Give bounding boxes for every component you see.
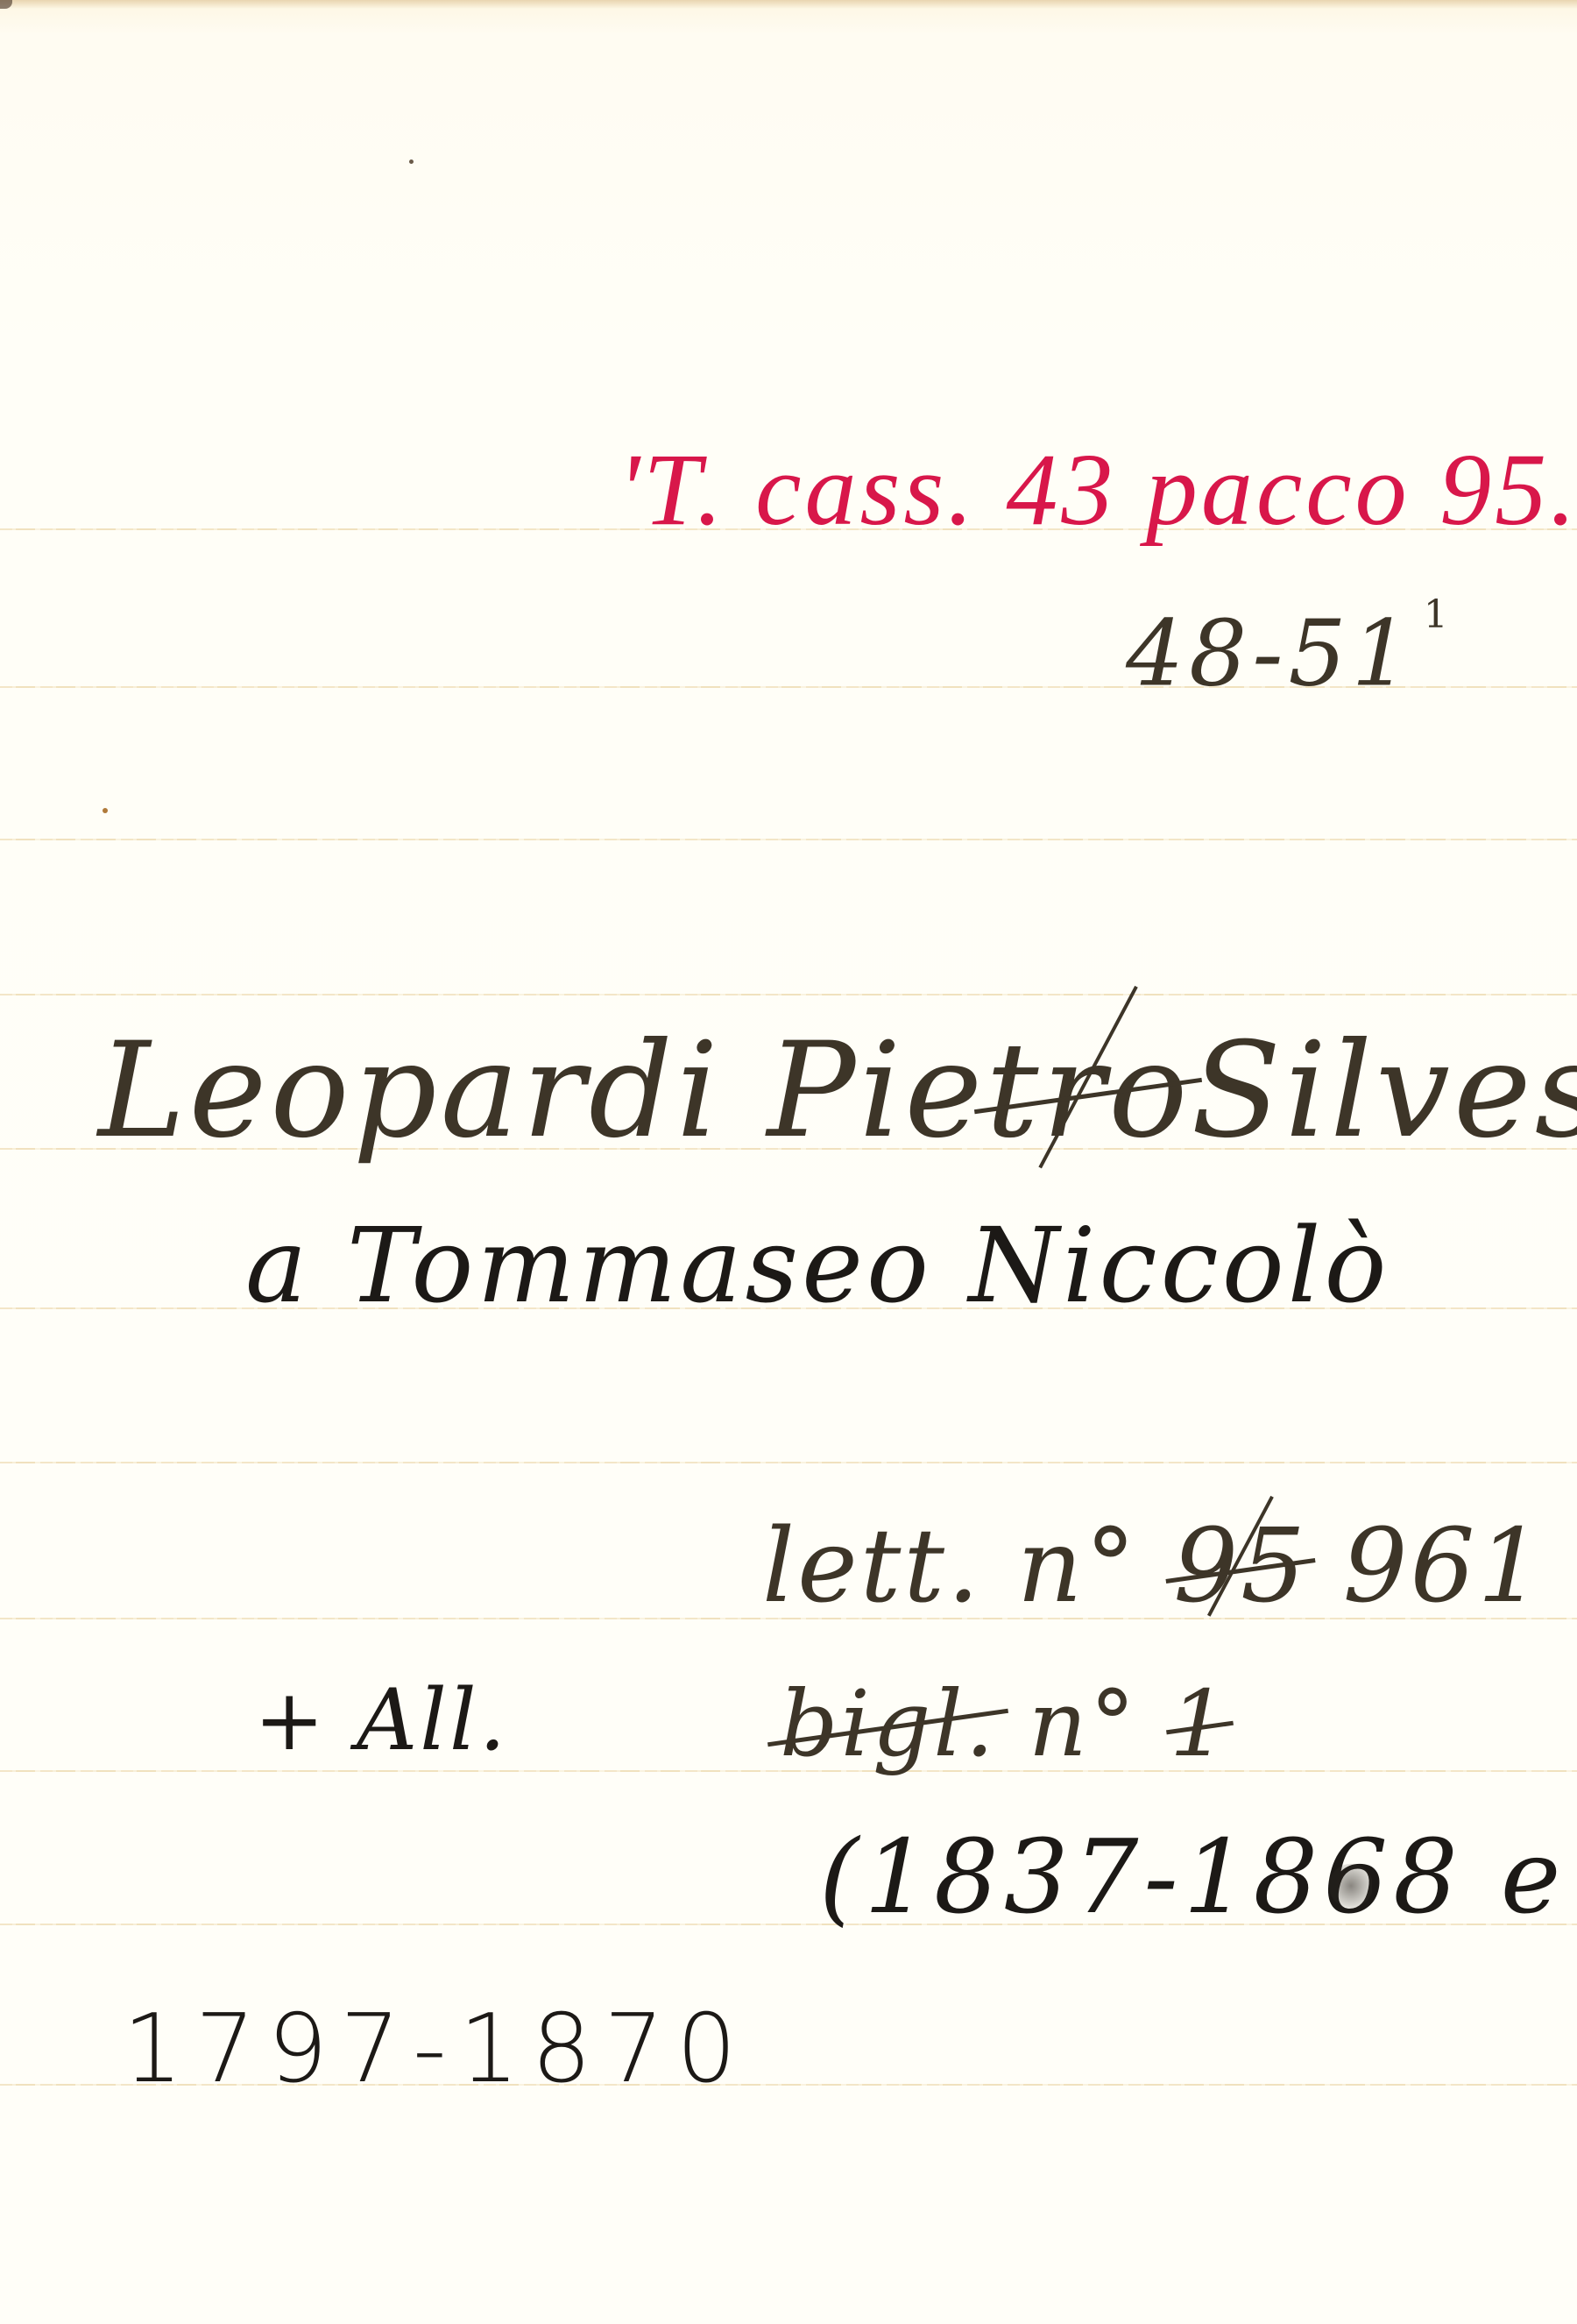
author-line: Leopardi PietroSilvestro. bbox=[98, 1025, 1577, 1157]
recipient-name: Tommaseo Niccolò bbox=[347, 1205, 1390, 1326]
sheet-range-value: 48-51 bbox=[1126, 600, 1415, 707]
date-range-overwritten-digit: 6 bbox=[1323, 1827, 1393, 1929]
notes-label-struck: bigl. bbox=[780, 1678, 997, 1769]
card-top-edge bbox=[0, 0, 1577, 9]
recipient-line: a Tommaseo Niccolò bbox=[245, 1214, 1390, 1317]
date-range-close: 8 e s.d.) bbox=[1393, 1818, 1577, 1937]
ruled-line bbox=[0, 839, 1577, 840]
notes-value-struck: 1 bbox=[1170, 1678, 1230, 1769]
letters-label: lett. n° bbox=[762, 1507, 1138, 1626]
author-given-second: Silvestro. bbox=[1192, 1015, 1577, 1167]
date-range-open: (1837-18 bbox=[819, 1818, 1323, 1937]
paper-speck bbox=[103, 808, 108, 813]
enclosures-note: + All. bbox=[254, 1678, 508, 1762]
author-given-kept: Pie bbox=[767, 1015, 987, 1167]
letters-value: 961 bbox=[1343, 1507, 1545, 1626]
paper-speck bbox=[409, 159, 414, 164]
call-number: 'T. cass. 43 pacco 95. bbox=[618, 438, 1577, 542]
author-surname: Leopardi bbox=[98, 1015, 722, 1167]
letters-struck-value: 95 bbox=[1173, 1516, 1308, 1618]
recipient-prefix: a bbox=[245, 1205, 310, 1326]
author-given-struck: tro bbox=[986, 1025, 1191, 1157]
call-number-text: T. cass. 43 pacco 95. bbox=[643, 432, 1577, 547]
notes-label-suffix: n° bbox=[997, 1670, 1138, 1777]
sheet-range: 48-511 bbox=[1126, 596, 1453, 699]
archival-catalog-card: 'T. cass. 43 pacco 95. 48-511 Leopardi P… bbox=[0, 0, 1577, 2324]
sheet-range-superscript: 1 bbox=[1424, 592, 1453, 637]
ruled-line bbox=[0, 1462, 1577, 1463]
letters-count: lett. n° 95 961 bbox=[762, 1516, 1545, 1618]
notes-count: bigl. n° 1 bbox=[780, 1678, 1230, 1769]
date-range: (1837-1868 e s.d.) bbox=[819, 1827, 1577, 1929]
life-dates: 1797-1870 bbox=[123, 2002, 749, 2097]
call-number-prefix-mark: ' bbox=[618, 432, 643, 547]
ruled-line bbox=[0, 994, 1577, 995]
